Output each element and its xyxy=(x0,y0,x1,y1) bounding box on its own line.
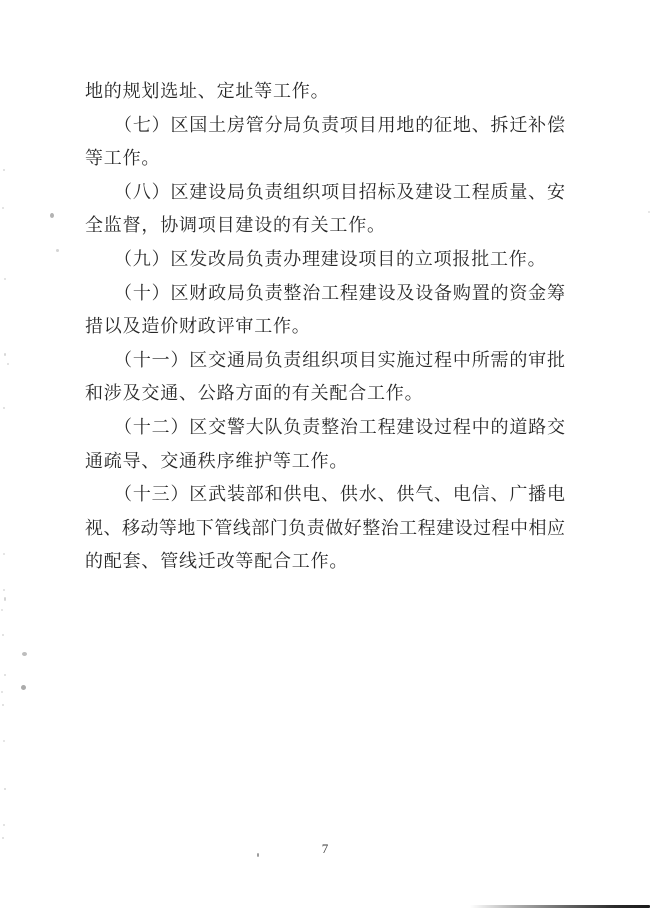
text-line: 等工作。 xyxy=(85,142,565,176)
scan-speck xyxy=(21,685,26,690)
text-line: （十三）区武装部和供电、供水、供气、电信、广播电 xyxy=(85,478,565,512)
scan-speck xyxy=(50,213,54,218)
scan-speck xyxy=(3,740,5,742)
page-number: 7 xyxy=(0,841,650,857)
scan-speck xyxy=(3,553,5,555)
text-line: 的配套、管线迁改等配合工作。 xyxy=(85,545,565,579)
scan-speck xyxy=(7,363,9,365)
text-line: （十）区财政局负责整治工程建设及设备购置的资金筹 xyxy=(85,277,565,311)
text-line: （十二）区交警大队负责整治工程建设过程中的道路交 xyxy=(85,411,565,445)
scan-speck xyxy=(2,704,4,706)
scan-speck xyxy=(4,674,6,676)
text-line: 措以及造价财政评审工作。 xyxy=(85,310,565,344)
scan-speck xyxy=(4,788,6,790)
scan-speck xyxy=(3,824,5,826)
scan-speck xyxy=(2,207,4,209)
scan-speck xyxy=(3,589,5,591)
scan-speck xyxy=(1,609,3,611)
scan-speck xyxy=(4,353,6,356)
document-body: 地的规划选址、定址等工作。（七）区国土房管分局负责项目用地的征地、拆迁补偿等工作… xyxy=(85,75,565,579)
text-line: 和涉及交通、公路方面的有关配合工作。 xyxy=(85,377,565,411)
scan-speck xyxy=(3,407,5,409)
scan-speck xyxy=(3,169,5,171)
text-line: （八）区建设局负责组织项目招标及建设工程质量、安 xyxy=(85,176,565,210)
scan-speck xyxy=(4,597,6,601)
text-line: 地的规划选址、定址等工作。 xyxy=(85,75,565,109)
text-line: （十一）区交通局负责组织项目实施过程中所需的审批 xyxy=(85,344,565,378)
text-line: （七）区国土房管分局负责项目用地的征地、拆迁补偿 xyxy=(85,109,565,143)
scan-speck xyxy=(56,249,59,252)
text-line: （九）区发改局负责办理建设项目的立项报批工作。 xyxy=(85,243,565,277)
scan-speck xyxy=(2,837,4,839)
scan-speck xyxy=(257,853,259,857)
document-page: 地的规划选址、定址等工作。（七）区国土房管分局负责项目用地的征地、拆迁补偿等工作… xyxy=(0,0,650,913)
scan-speck xyxy=(2,634,4,636)
scan-speck xyxy=(22,652,27,656)
text-line: 通疏导、交通秩序维护等工作。 xyxy=(85,445,565,479)
scan-speck xyxy=(4,278,6,280)
text-line: 全监督，协调项目建设的有关工作。 xyxy=(85,209,565,243)
scan-speck xyxy=(1,691,3,693)
text-line: 视、移动等地下管线部门负责做好整治工程建设过程中相应 xyxy=(85,512,565,546)
scan-artifact-line xyxy=(470,905,650,908)
